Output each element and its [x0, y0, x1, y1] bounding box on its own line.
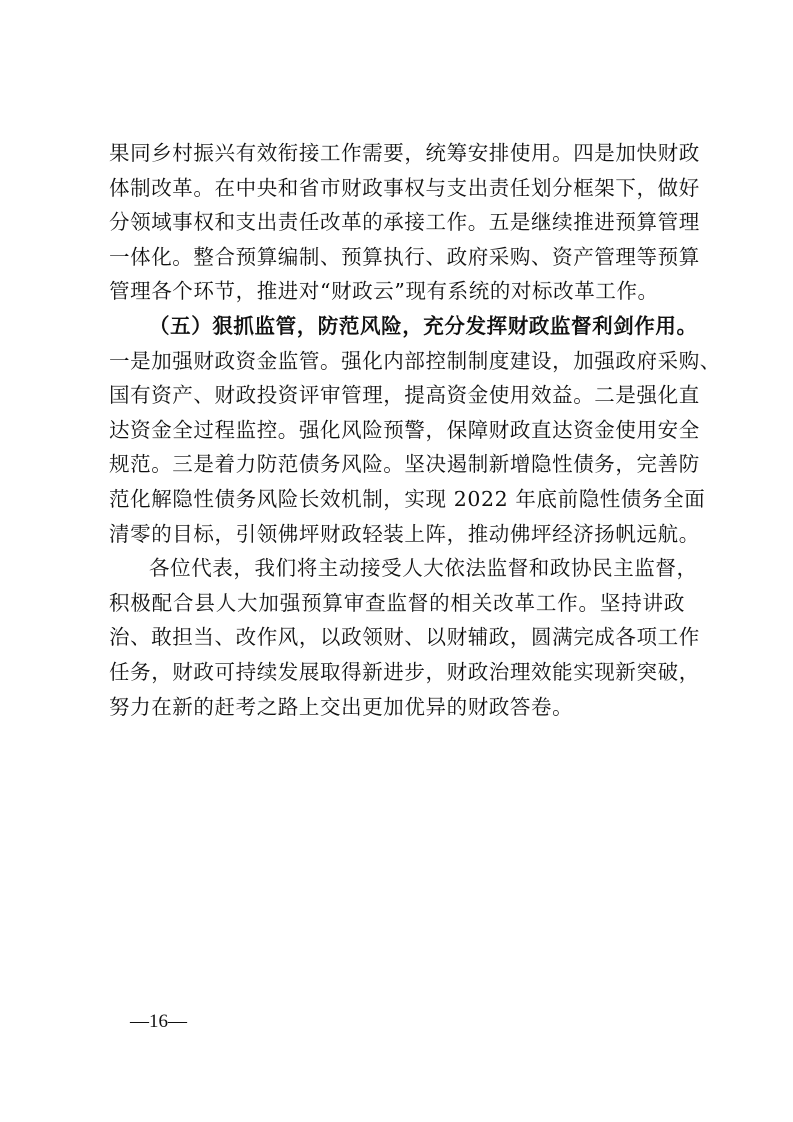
page-number: —16— [130, 1011, 187, 1033]
document-page: 果同乡村振兴有效衔接工作需要，统筹安排使用。四是加快财政 体制改革。在中央和省市… [0, 0, 793, 1122]
text-line: 规范。三是着力防范债务风险。坚决遏制新增隐性债务，完善防 [109, 447, 685, 482]
paragraph-reform: 果同乡村振兴有效衔接工作需要，统筹安排使用。四是加快财政 体制改革。在中央和省市… [109, 136, 685, 309]
text-line: 任务，财政可持续发展取得新进步，财政治理效能实现新突破， [109, 655, 685, 690]
text-line: 一是加强财政资金监管。强化内部控制制度建设，加强政府采购、 [109, 344, 685, 379]
text-line: 管理各个环节，推进对“财政云”现有系统的对标改革工作。 [109, 274, 685, 309]
text-line: 果同乡村振兴有效衔接工作需要，统筹安排使用。四是加快财政 [109, 136, 685, 171]
section-heading: （五）狠抓监管，防范风险，充分发挥财政监督利剑作用。 [109, 309, 685, 344]
paragraph-closing: 各位代表，我们将主动接受人大依法监督和政协民主监督， 积极配合县人大加强预算审查… [109, 551, 685, 724]
text-line: 清零的目标，引领佛坪财政轻装上阵，推动佛坪经济扬帆远航。 [109, 517, 685, 552]
text-line: 治、敢担当、改作风，以政领财、以财辅政，圆满完成各项工作 [109, 620, 685, 655]
paragraph-supervision: （五）狠抓监管，防范风险，充分发挥财政监督利剑作用。 一是加强财政资金监管。强化… [109, 309, 685, 551]
body-text: 果同乡村振兴有效衔接工作需要，统筹安排使用。四是加快财政 体制改革。在中央和省市… [109, 136, 685, 724]
text-line: 分领域事权和支出责任改革的承接工作。五是继续推进预算管理 [109, 205, 685, 240]
text-line: 各位代表，我们将主动接受人大依法监督和政协民主监督， [109, 551, 685, 586]
text-line: 达资金全过程监控。强化风险预警，保障财政直达资金使用安全 [109, 413, 685, 448]
text-line: 体制改革。在中央和省市财政事权与支出责任划分框架下，做好 [109, 171, 685, 206]
text-line: 积极配合县人大加强预算审查监督的相关改革工作。坚持讲政 [109, 586, 685, 621]
text-line: 一体化。整合预算编制、预算执行、政府采购、资产管理等预算 [109, 240, 685, 275]
text-line: 努力在新的赶考之路上交出更加优异的财政答卷。 [109, 690, 685, 725]
text-line: 范化解隐性债务风险长效机制，实现 2022 年底前隐性债务全面 [109, 482, 685, 517]
text-line: 国有资产、财政投资评审管理，提高资金使用效益。二是强化直 [109, 378, 685, 413]
